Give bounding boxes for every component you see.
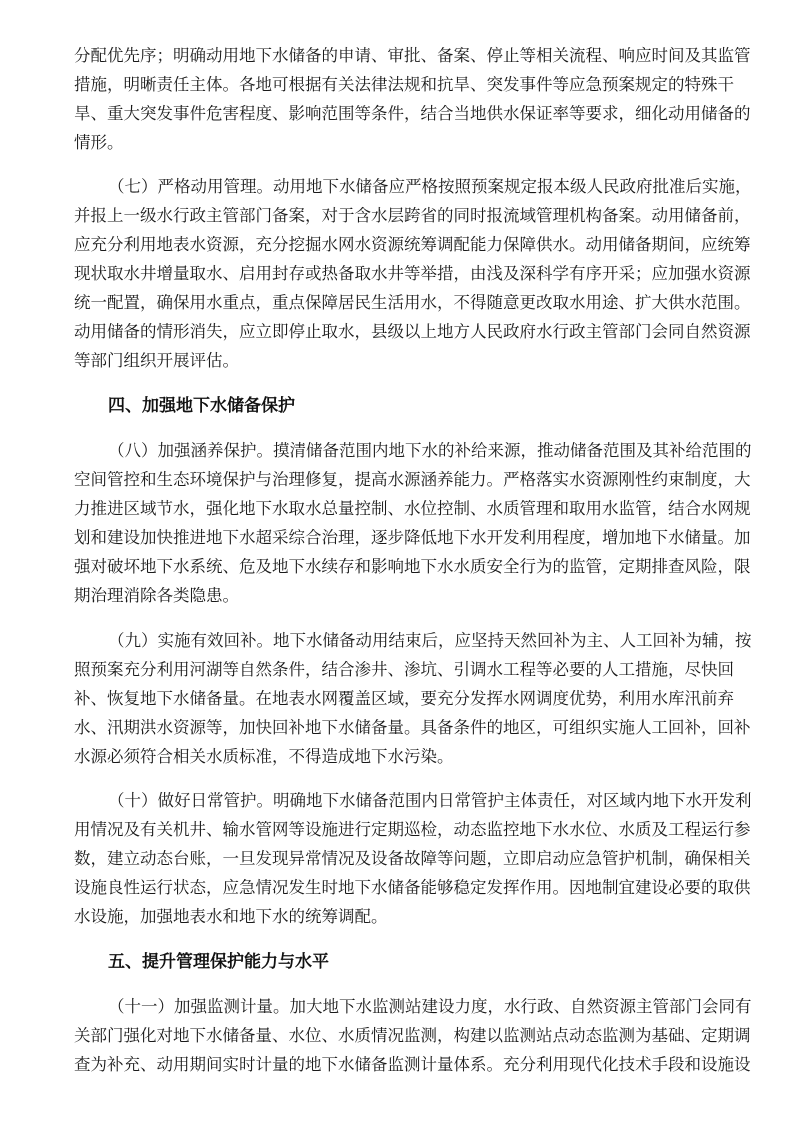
paragraph-line: 措施，明晰责任主体。各地可根据有关法律法规和抗旱、突发事件等应急预案规定的特殊干 <box>74 70 734 99</box>
paragraph-line: 动用储备的情形消失，应立即停止取水，县级以上地方人民政府水行政主管部门会同自然资… <box>74 317 734 346</box>
paragraph-line: （十一）加强监测计量。加大地下水监测站建设力度，水行政、自然资源主管部门会同有 <box>108 992 734 1021</box>
paragraph-line: （八）加强涵养保护。摸清储备范围内地下水的补给来源，推动储备范围及其补给范围的 <box>108 436 734 465</box>
paragraph-line: 期治理消除各类隐患。 <box>74 581 734 610</box>
paragraph-line: 查为补充、动用期间实时计量的地下水储备监测计量体系。充分利用现代化技术手段和设施… <box>74 1050 734 1079</box>
section-heading: 五、提升管理保护能力与水平 <box>108 947 329 977</box>
paragraph-line: 现状取水井增量取水、启用封存或热备取水井等举措，由浅及深科学有序开采；应加强水资… <box>74 259 734 288</box>
paragraph-line: 等部门组织开展评估。 <box>74 346 734 375</box>
paragraph-line: 旱、重大突发事件危害程度、影响范围等条件，结合当地供水保证率等要求，细化动用储备… <box>74 99 734 128</box>
paragraph-line: （九）实施有效回补。地下水储备动用结束后，应坚持天然回补为主、人工回补为辅，按 <box>108 626 734 655</box>
paragraph-line: 强对破坏地下水系统、危及地下水续存和影响地下水水质安全行为的监管，定期排查风险，… <box>74 552 734 581</box>
paragraph-line: 数，建立动态台账，一旦发现异常情况及设备故障等问题，立即启动应急管护机制，确保相… <box>74 844 734 873</box>
document-page: 分配优先序；明确动用地下水储备的申请、审批、备案、停止等相关流程、响应时间及其监… <box>0 0 800 1132</box>
paragraph-line: 统一配置，确保用水重点，重点保障居民生活用水，不得随意更改取水用途、扩大供水范围… <box>74 288 734 317</box>
paragraph-line: 关部门强化对地下水储备量、水位、水质情况监测，构建以监测站点动态监测为基础、定期… <box>74 1021 734 1050</box>
paragraph-line: 情形。 <box>74 128 734 157</box>
paragraph-line: 用情况及有关机井、输水管网等设施进行定期巡检，动态监控地下水水位、水质及工程运行… <box>74 815 734 844</box>
paragraph-line: 空间管控和生态环境保护与治理修复，提高水源涵养能力。严格落实水资源刚性约束制度，… <box>74 465 734 494</box>
section-heading: 四、加强地下水储备保护 <box>108 391 295 421</box>
paragraph-line: 应充分利用地表水资源，充分挖掘水网水资源统筹调配能力保障供水。动用储备期间，应统… <box>74 230 734 259</box>
paragraph-line: 并报上一级水行政主管部门备案，对于含水层跨省的同时报流域管理机构备案。动用储备前… <box>74 201 734 230</box>
paragraph-line: 水源必须符合相关水质标准，不得造成地下水污染。 <box>74 742 734 771</box>
paragraph-line: （十）做好日常管护。明确地下水储备范围内日常管护主体责任，对区域内地下水开发利 <box>108 786 734 815</box>
paragraph-line: （七）严格动用管理。动用地下水储备应严格按照预案规定报本级人民政府批准后实施， <box>108 172 734 201</box>
paragraph-line: 水、汛期洪水资源等，加快回补地下水储备量。具备条件的地区，可组织实施人工回补，回… <box>74 713 734 742</box>
paragraph-line: 力推进区域节水，强化地下水取水总量控制、水位控制、水质管理和取用水监管，结合水网… <box>74 494 734 523</box>
paragraph-line: 补、恢复地下水储备量。在地表水网覆盖区域，要充分发挥水网调度优势，利用水库汛前弃 <box>74 684 734 713</box>
paragraph-line: 划和建设加快推进地下水超采综合治理，逐步降低地下水开发利用程度，增加地下水储量。… <box>74 523 734 552</box>
paragraph-line: 照预案充分利用河湖等自然条件，结合渗井、渗坑、引调水工程等必要的人工措施，尽快回 <box>74 655 734 684</box>
paragraph-line: 分配优先序；明确动用地下水储备的申请、审批、备案、停止等相关流程、响应时间及其监… <box>74 41 734 70</box>
paragraph-line: 设施良性运行状态，应急情况发生时地下水储备能够稳定发挥作用。因地制宜建设必要的取… <box>74 873 734 902</box>
paragraph-line: 水设施，加强地表水和地下水的统筹调配。 <box>74 902 734 931</box>
